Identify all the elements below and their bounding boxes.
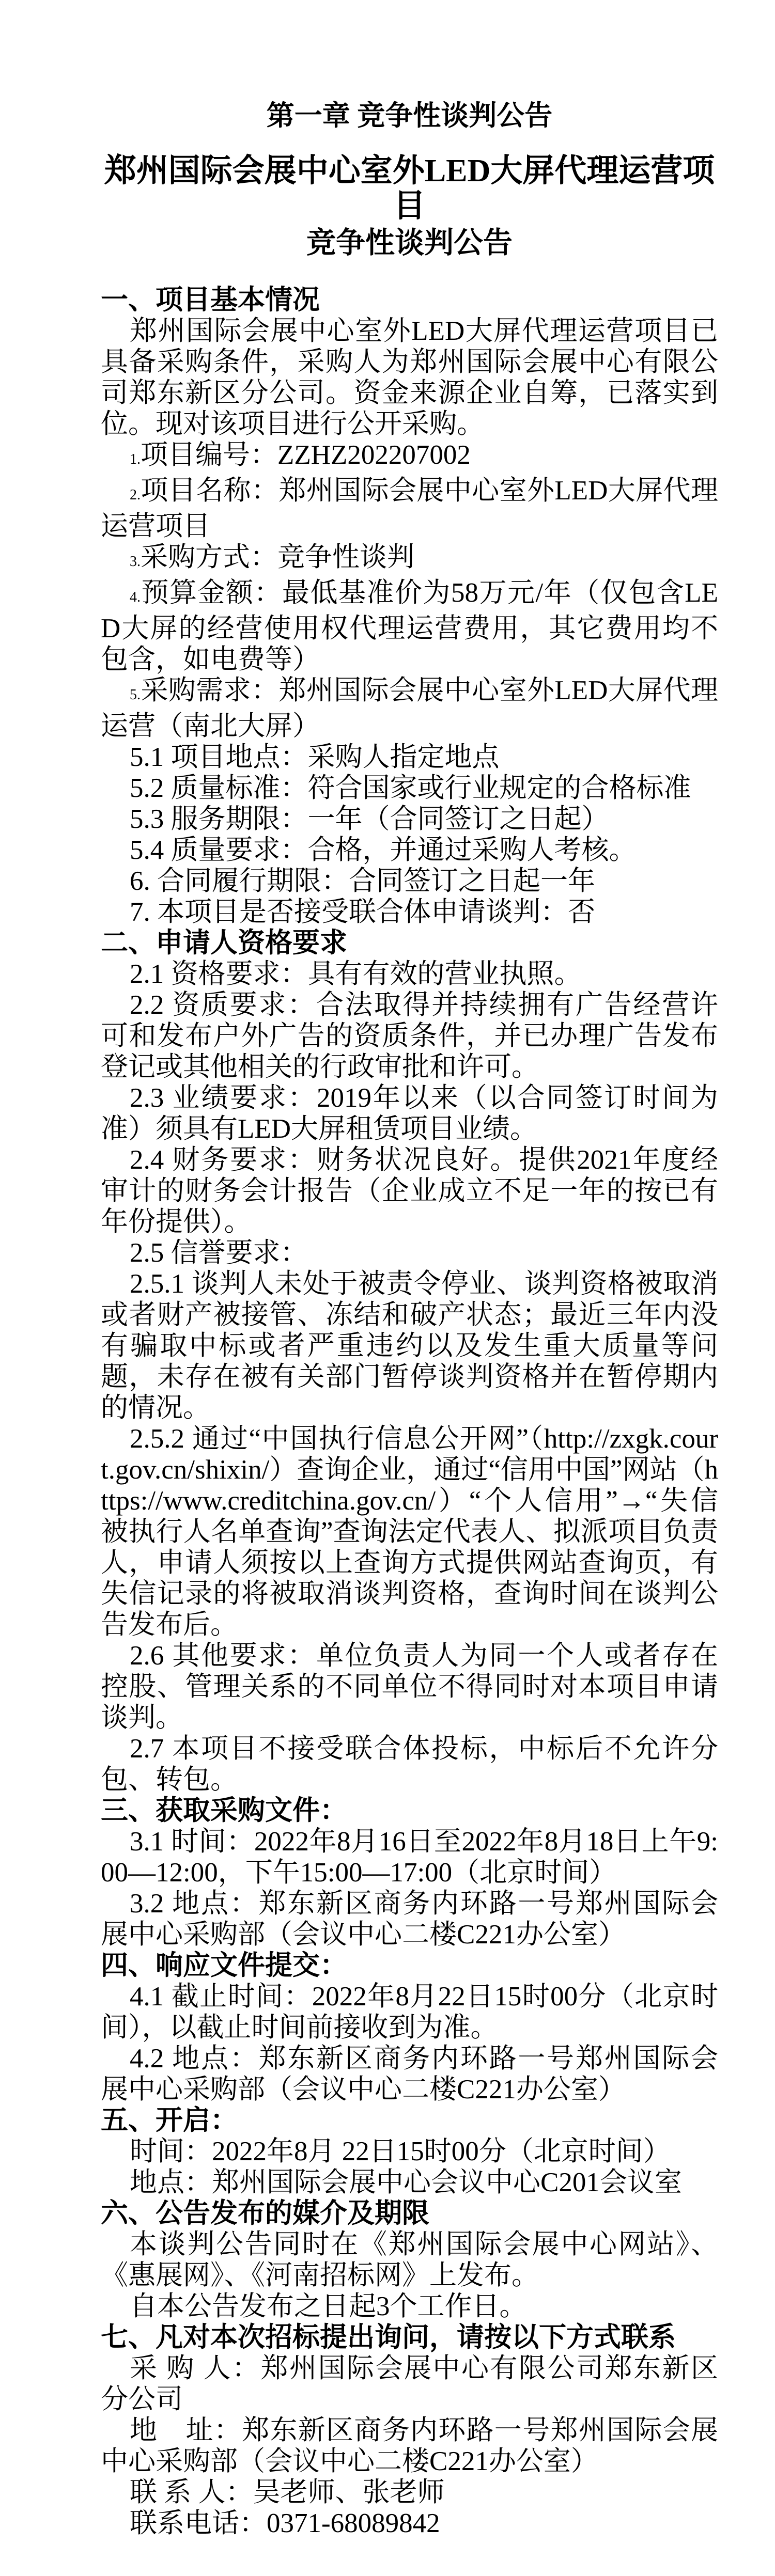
doc-paragraph: 5.1 项目地点：采购人指定地点: [101, 742, 718, 773]
section-heading: 五、开启：: [101, 2105, 718, 2136]
doc-paragraph: 采 购 人：郑州国际会展中心有限公司郑东新区分公司: [101, 2353, 718, 2415]
document-body: 一、项目基本情况郑州国际会展中心室外LED大屏代理运营项目已具备采购条件，采购人…: [101, 285, 718, 2539]
doc-paragraph: 7. 本项目是否接受联合体申请谈判：否: [101, 897, 718, 928]
section-heading: 二、申请人资格要求: [101, 928, 718, 959]
doc-paragraph: 自本公告发布之日起3个工作日。: [101, 2291, 718, 2322]
doc-paragraph: 本谈判公告同时在《郑州国际会展中心网站》、《惠展网》、《河南招标网》上发布。: [101, 2229, 718, 2291]
doc-paragraph: 1.项目编号：ZZHZ202207002: [101, 439, 718, 475]
doc-paragraph: 4.1 截止时间：2022年8月22日15时00分（北京时间），以截止时间前接收…: [101, 1981, 718, 2043]
section-heading: 六、公告发布的媒介及期限: [101, 2198, 718, 2229]
doc-paragraph: 2.项目名称：郑州国际会展中心室外LED大屏代理运营项目: [101, 475, 718, 542]
doc-paragraph: 2.4 财务要求：财务状况良好。提供2021年度经审计的财务会计报告（企业成立不…: [101, 1144, 718, 1237]
doc-paragraph: 6. 合同履行期限：合同签订之日起一年: [101, 866, 718, 897]
page-title: 郑州国际会展中心室外LED大屏代理运营项目: [101, 153, 718, 224]
doc-paragraph: 3.采购方式：竞争性谈判: [101, 542, 718, 577]
doc-paragraph: 时间：2022年8月 22日15时00分（北京时间）: [101, 2136, 718, 2167]
doc-paragraph: 5.2 质量标准：符合国家或行业规定的合格标准: [101, 773, 718, 804]
list-number: 3.: [130, 554, 141, 570]
doc-paragraph: 地 址：郑东新区商务内环路一号郑州国际会展中心采购部（会议中心二楼C221办公室…: [101, 2415, 718, 2477]
doc-paragraph: 5.4 质量要求：合格，并通过采购人考核。: [101, 835, 718, 866]
chapter-heading: 第一章 竞争性谈判公告: [101, 101, 718, 131]
doc-paragraph: 3.2 地点：郑东新区商务内环路一号郑州国际会展中心采购部（会议中心二楼C221…: [101, 1888, 718, 1950]
section-heading: 一、项目基本情况: [101, 285, 718, 316]
doc-paragraph: 2.5 信誉要求：: [101, 1237, 718, 1268]
doc-paragraph: 4.预算金额：最低基准价为58万元/年（仅包含LED大屏的经营使用权代理运营费用…: [101, 577, 718, 675]
section-heading: 三、获取采购文件：: [101, 1795, 718, 1826]
section-heading: 四、响应文件提交：: [101, 1950, 718, 1981]
doc-paragraph: 2.6 其他要求：单位负责人为同一个人或者存在控股、管理关系的不同单位不得同时对…: [101, 1640, 718, 1733]
list-number: 5.: [130, 687, 141, 703]
list-number: 2.: [130, 487, 141, 503]
doc-paragraph: 2.1 资格要求：具有有效的营业执照。: [101, 959, 718, 989]
doc-paragraph: 3.1 时间：2022年8月16日至2022年8月18日上午9:00—12:00…: [101, 1826, 718, 1888]
doc-paragraph: 2.3 业绩要求：2019年以来（以合同签订时间为准）须具有LED大屏租赁项目业…: [101, 1082, 718, 1144]
list-number: 4.: [130, 589, 141, 605]
doc-paragraph: 地点：郑州国际会展中心会议中心C201会议室: [101, 2167, 718, 2198]
doc-paragraph: 2.5.2 通过“中国执行信息公开网”（http://zxgk.court.go…: [101, 1423, 718, 1640]
doc-paragraph: 2.7 本项目不接受联合体投标，中标后不允许分包、转包。: [101, 1733, 718, 1795]
doc-paragraph: 5.采购需求：郑州国际会展中心室外LED大屏代理运营（南北大屏）: [101, 675, 718, 742]
doc-paragraph: 郑州国际会展中心室外LED大屏代理运营项目已具备采购条件，采购人为郑州国际会展中…: [101, 316, 718, 439]
list-number: 1.: [130, 451, 141, 467]
doc-paragraph: 2.2 资质要求：合法取得并持续拥有广告经营许可和发布户外广告的资质条件，并已办…: [101, 989, 718, 1082]
section-heading: 七、凡对本次招标提出询问，请按以下方式联系: [101, 2322, 718, 2353]
doc-paragraph: 2.5.1 谈判人未处于被责令停业、谈判资格被取消或者财产被接管、冻结和破产状态…: [101, 1268, 718, 1423]
doc-paragraph: 联系电话：0371-68089842: [101, 2508, 718, 2539]
page-subtitle: 竞争性谈判公告: [101, 228, 718, 259]
doc-paragraph: 4.2 地点：郑东新区商务内环路一号郑州国际会展中心采购部（会议中心二楼C221…: [101, 2043, 718, 2105]
doc-paragraph: 联 系 人：吴老师、张老师: [101, 2477, 718, 2508]
document-page: 第一章 竞争性谈判公告 郑州国际会展中心室外LED大屏代理运营项目 竞争性谈判公…: [0, 0, 775, 2576]
doc-paragraph: 5.3 服务期限：一年（合同签订之日起）: [101, 804, 718, 835]
